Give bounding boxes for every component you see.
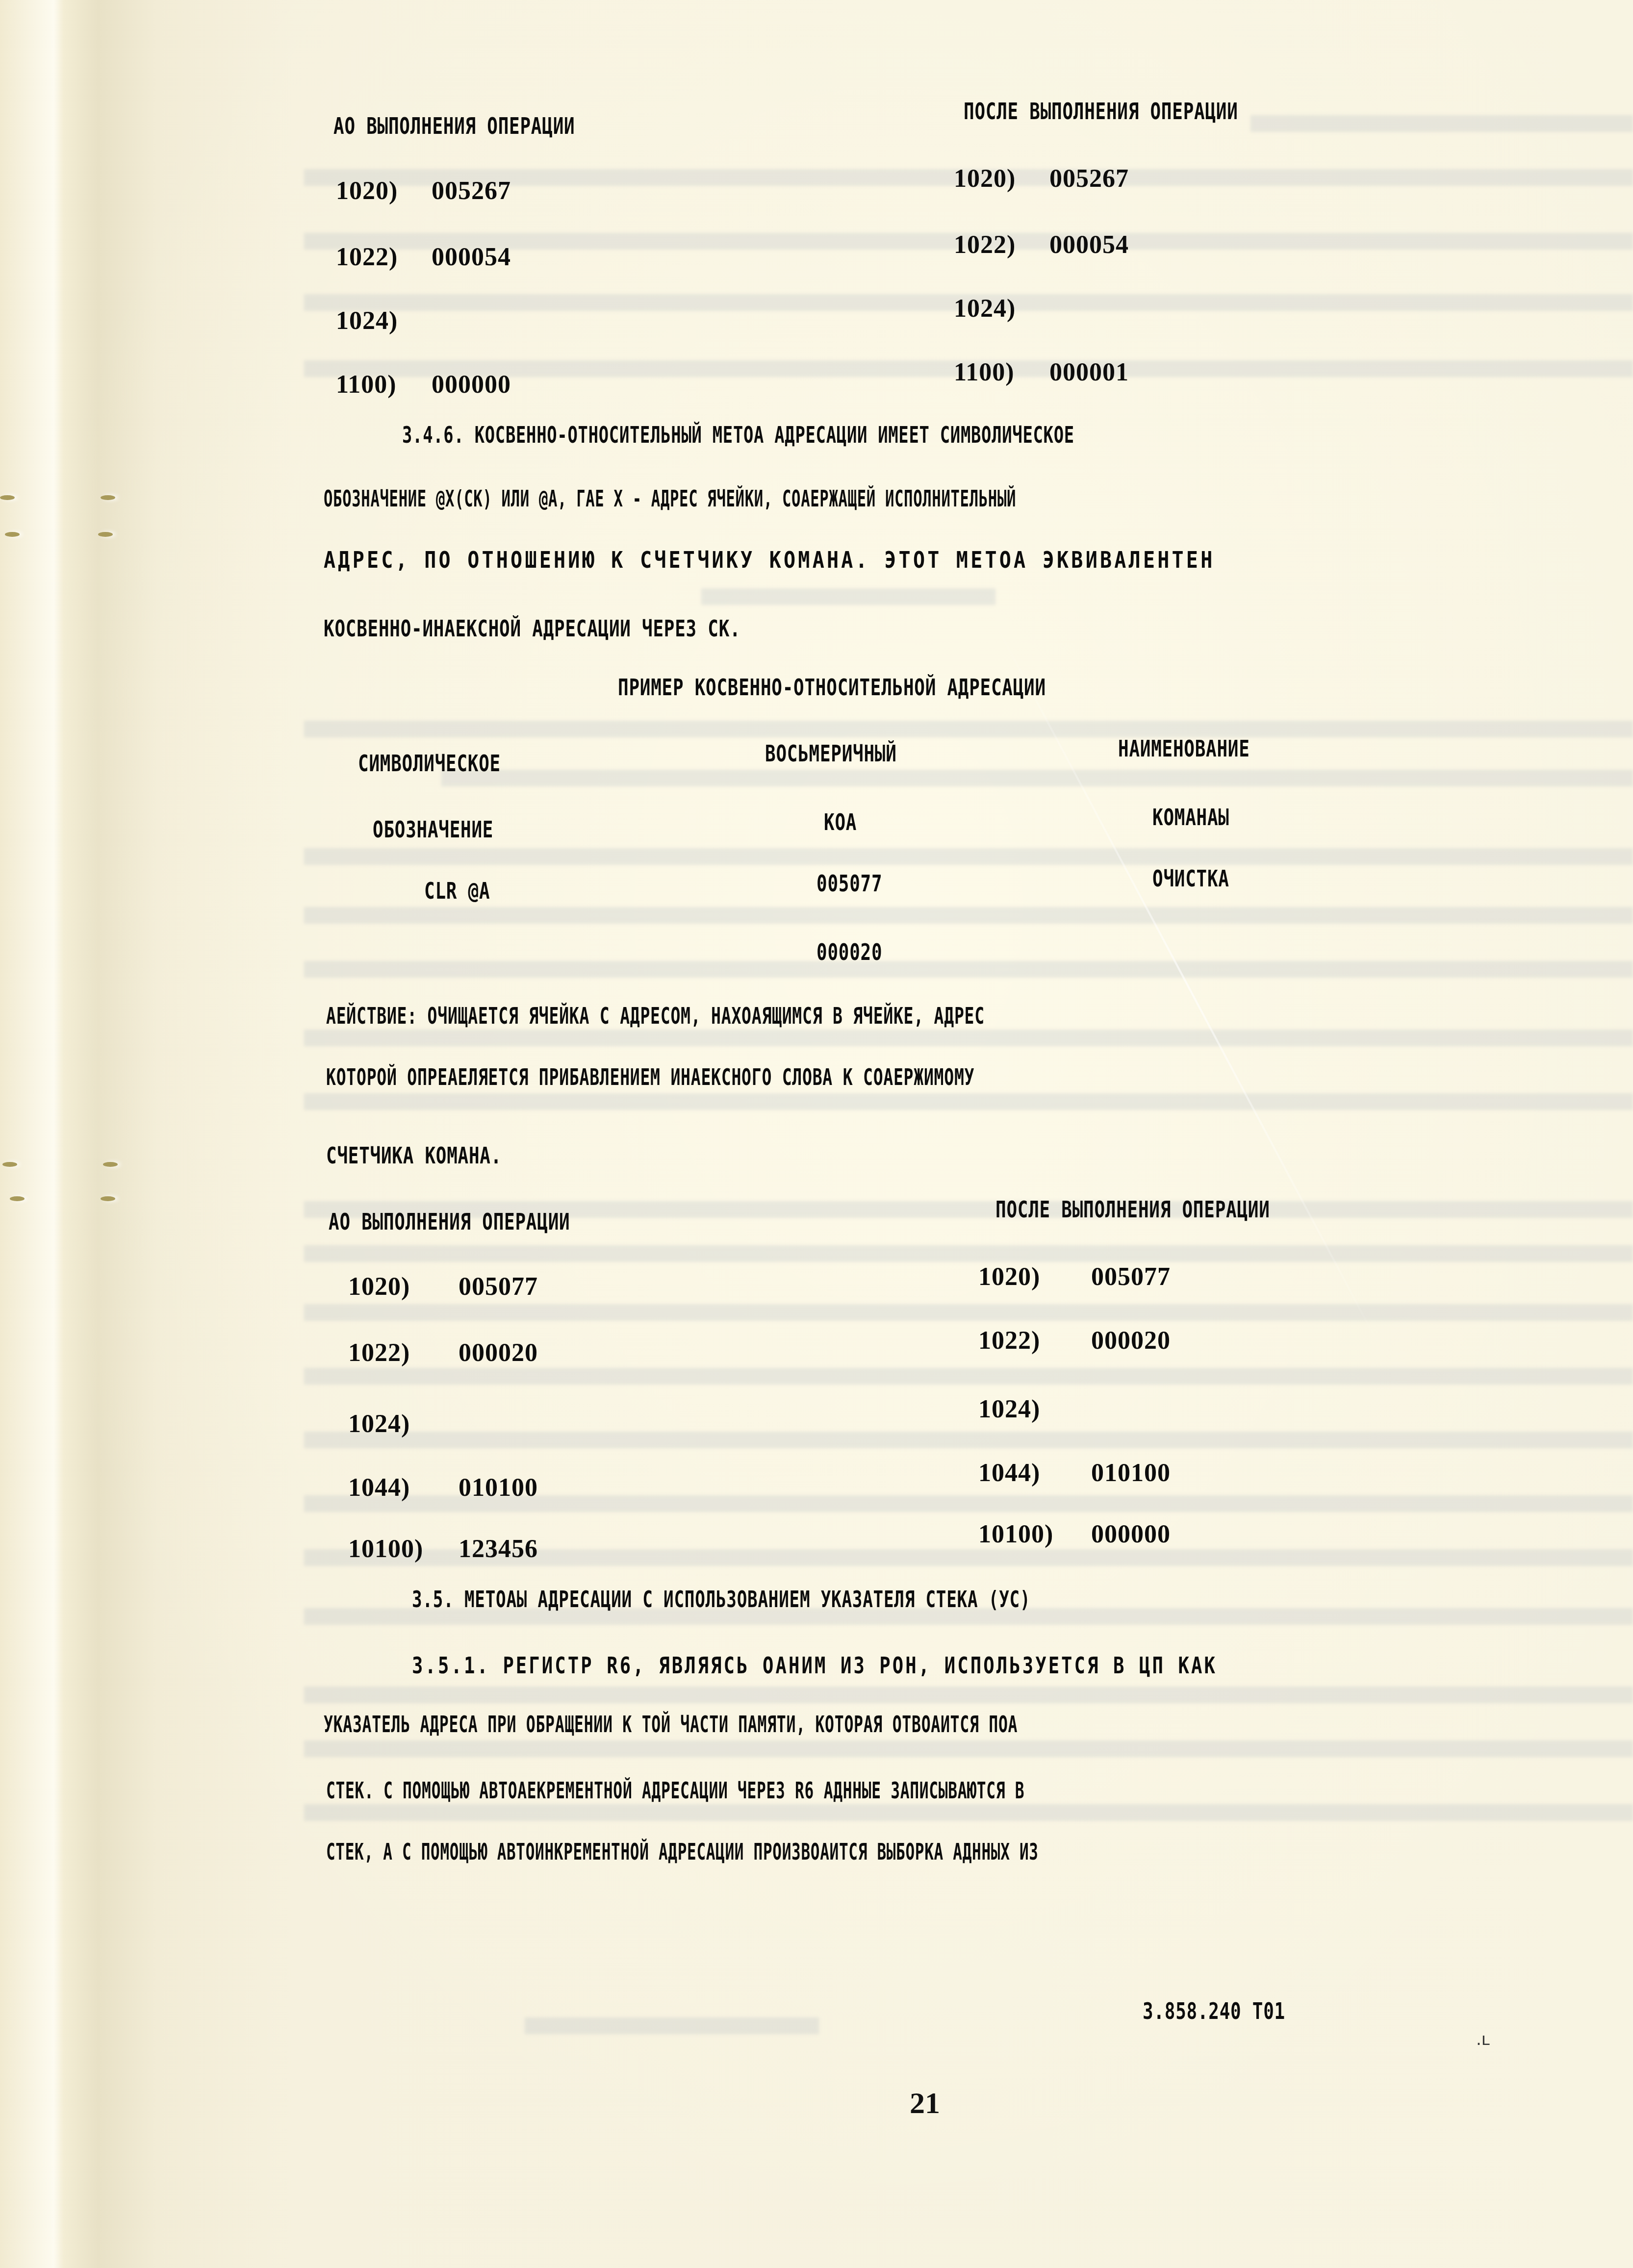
before-addr: 1024) — [336, 306, 398, 335]
paragraph-line: УКАЗАТЕЛЬ АДРЕСА ПРИ ОБРАЩЕНИИ К ТОЙ ЧАС… — [324, 1711, 1018, 1738]
column-header-symbolic: СИМВОЛИЧЕСКОЕ — [358, 750, 501, 777]
pencil-mark: .ʟ — [1476, 2030, 1490, 2049]
before-addr: 1020) — [348, 1272, 410, 1301]
octal-value: 000020 — [816, 939, 882, 965]
page-number: 21 — [910, 2086, 940, 2121]
paragraph-line: СТЕК, А С ПОМОЩЬЮ АВТОИНКРЕМЕНТНОЙ АДРЕС… — [326, 1839, 1039, 1865]
after-addr: 1100) — [954, 358, 1014, 387]
before-value: 000054 — [432, 243, 511, 272]
binding-hole — [2, 1162, 17, 1167]
before-header: АО ВЫПОЛНЕНИЯ ОПЕРАЦИИ — [329, 1209, 570, 1235]
octal-value: 005077 — [816, 870, 882, 897]
binding-hole — [98, 532, 113, 537]
after-addr: 1020) — [954, 164, 1016, 193]
before-value: 010100 — [459, 1473, 538, 1502]
command-name: ОЧИСТКА — [1152, 865, 1229, 892]
before-addr: 1024) — [348, 1410, 410, 1438]
paragraph-line: ОБОЗНАЧЕНИЕ @X(СК) ИЛИ @А, ГАЕ X - АДРЕС… — [324, 485, 1016, 512]
binding-hole — [10, 1196, 25, 1201]
column-header-name: КОМАНАЫ — [1152, 804, 1229, 831]
before-addr: 1020) — [336, 176, 398, 205]
before-addr: 1022) — [348, 1338, 410, 1367]
paragraph-line: СТЕК. С ПОМОЩЬЮ АВТОАЕКРЕМЕНТНОЙ АДРЕСАЦ… — [326, 1777, 1024, 1804]
paragraph-line: 3.5.1. РЕГИСТР R6, ЯВЛЯЯСЬ ОАНИМ ИЗ РОН,… — [412, 1652, 1217, 1679]
after-addr: 1022) — [954, 230, 1016, 259]
before-value: 000000 — [432, 370, 511, 399]
action-line: АЕЙСТВИЕ: ОЧИЩАЕТСЯ ЯЧЕЙКА С АДРЕСОМ, НА… — [326, 1003, 985, 1029]
column-header-octal: КОА — [824, 809, 857, 835]
after-value: 005267 — [1049, 164, 1129, 193]
show-through-text — [304, 1093, 1633, 1110]
action-line: СЧЕТЧИКА КОМАНА. — [326, 1142, 502, 1169]
before-value: 005077 — [459, 1272, 538, 1301]
binding-hole — [5, 532, 20, 537]
show-through-text — [701, 588, 995, 605]
show-through-text — [304, 907, 1633, 924]
before-value: 000020 — [459, 1338, 538, 1367]
after-addr: 10100) — [978, 1520, 1053, 1549]
binding-hole — [101, 495, 115, 500]
action-line: КОТОРОЙ ОПРЕАЕЛЯЕТСЯ ПРИБАВЛЕНИЕМ ИНАЕКС… — [326, 1064, 974, 1090]
before-addr: 1022) — [336, 243, 398, 272]
paragraph-line: АДРЕС, ПО ОТНОШЕНИЮ К СЧЕТЧИКУ КОМАНА. Э… — [324, 547, 1215, 573]
show-through-text — [304, 1030, 1633, 1046]
example-title: ПРИМЕР КОСВЕННО-ОТНОСИТЕЛЬНОЙ АДРЕСАЦИИ — [618, 674, 1046, 701]
before-value: 005267 — [432, 176, 511, 205]
after-header: ПОСЛЕ ВЫПОЛНЕНИЯ ОПЕРАЦИИ — [995, 1196, 1270, 1223]
after-value: 005077 — [1091, 1262, 1171, 1291]
paper-background — [0, 0, 1633, 2268]
show-through-text — [304, 721, 1633, 737]
column-header-octal: ВОСЬМЕРИЧНЫЙ — [765, 740, 897, 767]
paragraph-line: 3.4.6. КОСВЕННО-ОТНОСИТЕЛЬНЫЙ МЕТОА АДРЕ… — [402, 422, 1074, 448]
show-through-text — [1250, 115, 1633, 132]
after-value: 000000 — [1091, 1520, 1171, 1549]
show-through-text — [304, 1304, 1633, 1321]
symbolic-value: CLR @А — [424, 878, 490, 904]
binding-hole — [103, 1162, 118, 1167]
before-header: АО ВЫПОЛНЕНИЯ ОПЕРАЦИИ — [333, 113, 575, 139]
show-through-text — [304, 1368, 1633, 1385]
after-value: 000020 — [1091, 1326, 1171, 1355]
binding-hole — [101, 1196, 115, 1201]
after-addr: 1020) — [978, 1262, 1040, 1291]
after-addr: 1024) — [978, 1395, 1040, 1424]
before-addr: 1044) — [348, 1473, 410, 1502]
before-value: 123456 — [459, 1535, 538, 1563]
after-value: 000001 — [1049, 358, 1129, 387]
show-through-text — [304, 1432, 1633, 1448]
after-header: ПОСЛЕ ВЫПОЛНЕНИЯ ОПЕРАЦИИ — [964, 98, 1238, 125]
after-addr: 1024) — [954, 294, 1016, 323]
after-value: 010100 — [1091, 1459, 1171, 1487]
after-addr: 1044) — [978, 1459, 1040, 1487]
show-through-text — [304, 1804, 1633, 1821]
show-through-text — [304, 1687, 1633, 1703]
after-value: 000054 — [1049, 230, 1129, 259]
before-addr: 10100) — [348, 1535, 423, 1563]
section-heading: 3.5. МЕТОАЫ АДРЕСАЦИИ С ИСПОЛЬЗОВАНИЕМ У… — [412, 1586, 1030, 1613]
column-header-symbolic: ОБОЗНАЧЕНИЕ — [373, 816, 493, 843]
show-through-text — [304, 1245, 1633, 1262]
column-header-name: НАИМЕНОВАНИЕ — [1118, 735, 1250, 762]
before-addr: 1100) — [336, 370, 396, 399]
show-through-text — [441, 770, 1633, 786]
show-through-text — [525, 2017, 819, 2034]
show-through-text — [304, 961, 1633, 978]
show-through-text — [304, 1740, 1633, 1757]
document-code: 3.858.240 Т01 — [1143, 1998, 1285, 2024]
binding-hole — [0, 495, 15, 500]
show-through-text — [304, 848, 1633, 865]
after-addr: 1022) — [978, 1326, 1040, 1355]
paragraph-line: КОСВЕННО-ИНАЕКСНОЙ АДРЕСАЦИИ ЧЕРЕЗ СК. — [324, 615, 741, 642]
